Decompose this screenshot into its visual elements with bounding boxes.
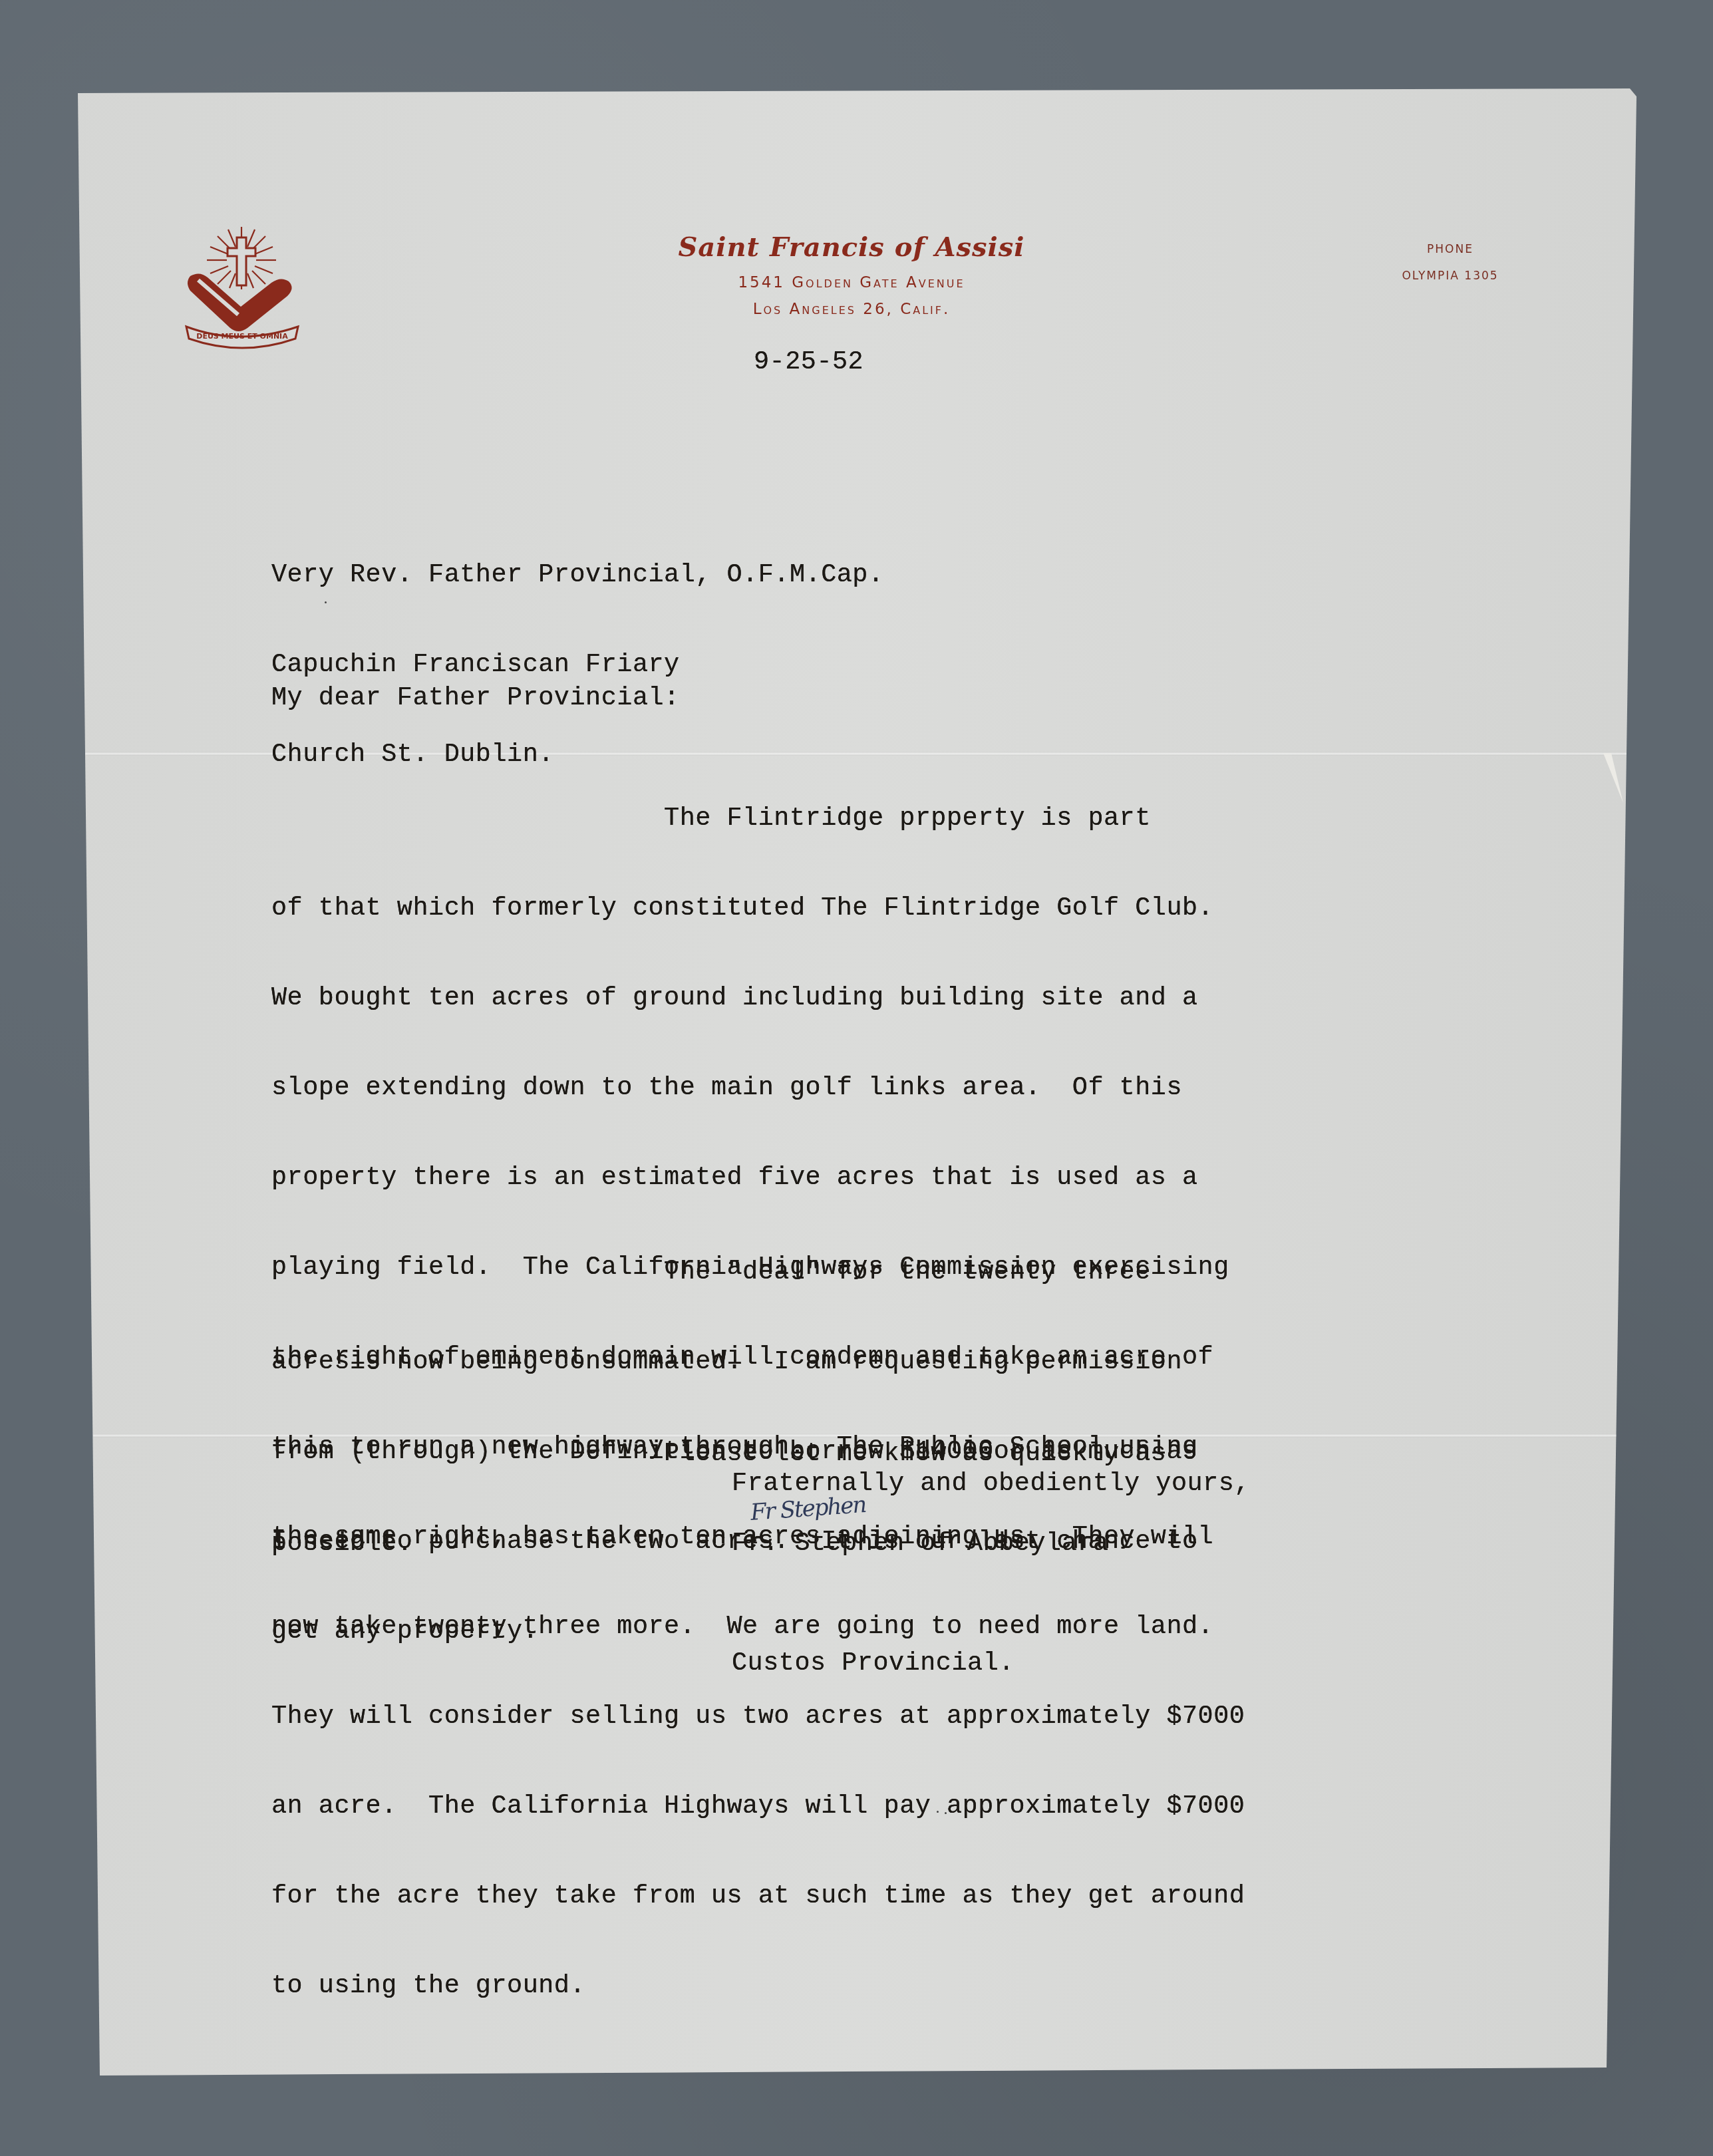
ink-speck (1081, 1618, 1083, 1620)
paragraph-line: acresis now being consummated. I am requ… (271, 1347, 1198, 1377)
signer-name: Fr. Stephen of Abbeylara (732, 1529, 1109, 1559)
paragraph-line: for the acre they take from us at such t… (271, 1881, 1245, 1911)
address-line-1: 1541 Golden Gate Avenue (585, 269, 1118, 296)
letterhead-phone: PHONE OLYMPIA 1305 (1377, 236, 1523, 289)
paragraph-line: property there is an estimated five acre… (271, 1163, 1245, 1193)
franciscan-crest-icon: DEUS MEUS ET OMNIA (178, 222, 305, 355)
organization-name: Saint Francis of Assisi (585, 231, 1118, 263)
recipient-line-2: Capuchin Franciscan Friary (271, 650, 884, 680)
letterhead: Saint Francis of Assisi 1541 Golden Gate… (585, 231, 1118, 323)
ink-speck (945, 1812, 947, 1814)
paragraph-line: of that which formerly constituted The F… (271, 893, 1245, 923)
salutation: My dear Father Provincial: (271, 683, 680, 713)
paragraph-line: slope extending down to the main golf li… (271, 1073, 1245, 1103)
closing: Fraternally and obediently yours, (732, 1469, 1250, 1499)
ink-speck (937, 1811, 939, 1813)
phone-label: PHONE (1377, 236, 1523, 263)
address-line-2: Los Angeles 26, Calif. (585, 296, 1118, 323)
paragraph-line: get any property. (271, 1617, 1198, 1646)
letter-date: 9-25-52 (754, 347, 863, 377)
recipient-line-1: Very Rev. Father Provincial, O.F.M.Cap. (271, 560, 884, 590)
paragraph-line: to using the ground. (271, 1971, 1245, 2001)
paragraph-line: an acre. The California Highways will pa… (271, 1791, 1245, 1821)
crest-motto: DEUS MEUS ET OMNIA (196, 332, 288, 341)
phone-number: OLYMPIA 1305 (1377, 263, 1523, 289)
paragraph-line: Please let me know as quickly as (271, 1439, 1166, 1469)
paragraph-line: The Flintridge prpperty is part (271, 804, 1245, 834)
paragraph-line: We bought ten acres of ground including … (271, 983, 1245, 1013)
paragraph-line: They will consider selling us two acres … (271, 1702, 1245, 1732)
paragraph-line: The "deal" for the twenty three (271, 1257, 1198, 1287)
signer-title: Custos Provincial. (732, 1648, 1014, 1678)
ink-speck (325, 601, 327, 603)
